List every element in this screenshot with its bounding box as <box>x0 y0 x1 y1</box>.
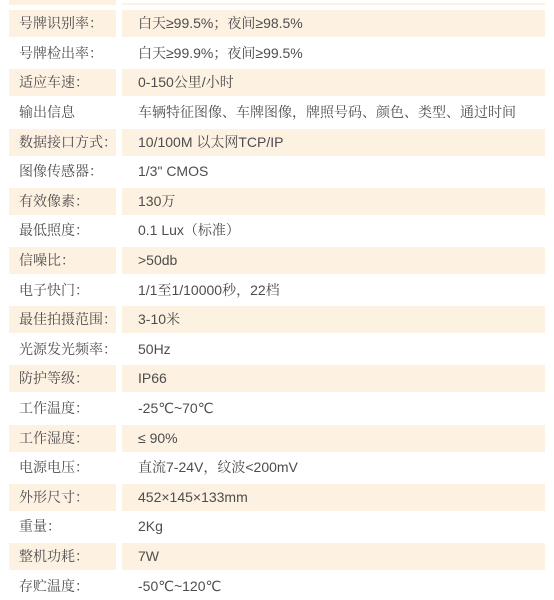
spec-value: 10/100M 以太网TCP/IP <box>122 129 545 156</box>
spec-value: ≤ 90% <box>122 425 545 452</box>
spec-label: 最佳拍摄范围： <box>9 306 116 333</box>
spec-value: >50db <box>122 247 545 274</box>
spec-value: 车辆特征图像、车牌图像，牌照号码、颜色、类型、通过时间 <box>122 99 545 126</box>
table-row: 工作温度： -25℃~70℃ <box>0 394 554 424</box>
table-row: 数据接口方式： 10/100M 以太网TCP/IP <box>0 127 554 157</box>
table-row: 重量： 2Kg <box>0 512 554 542</box>
spec-value: 1/1至1/10000秒，22档 <box>122 277 545 304</box>
spec-value: 3-10米 <box>122 306 545 333</box>
spec-label: 号牌识别率： <box>9 10 116 37</box>
spec-value: 452×145×133mm <box>122 484 545 511</box>
spec-label: 光源发光频率： <box>9 336 116 363</box>
spec-value: 白天≥99.9%；夜间≥99.5% <box>122 40 545 67</box>
spec-label: 图像传感器： <box>9 158 116 185</box>
spec-value: -25℃~70℃ <box>122 395 545 422</box>
spec-label: 存贮温度： <box>9 573 116 600</box>
table-row: 工作湿度： ≤ 90% <box>0 423 554 453</box>
spec-value: 直流7-24V，纹波<200mV <box>122 454 545 481</box>
spec-label: 整机功耗： <box>9 543 116 570</box>
table-row: 号牌检出率： 白天≥99.9%；夜间≥99.5% <box>0 39 554 69</box>
partial-label-strip <box>9 0 116 5</box>
table-row: 存贮温度： -50℃~120℃ <box>0 571 554 600</box>
spec-label: 数据接口方式： <box>9 129 116 156</box>
table-row: 电源电压： 直流7-24V，纹波<200mV <box>0 453 554 483</box>
spec-label: 重量： <box>9 513 116 540</box>
spec-label: 信噪比： <box>9 247 116 274</box>
table-row: 号牌识别率： 白天≥99.5%；夜间≥98.5% <box>0 9 554 39</box>
spec-label: 有效像素： <box>9 188 116 215</box>
spec-label: 输出信息 <box>9 99 116 126</box>
spec-label: 电子快门： <box>9 277 116 304</box>
table-row: 外形尺寸： 452×145×133mm <box>0 483 554 513</box>
table-row: 电子快门： 1/1至1/10000秒，22档 <box>0 275 554 305</box>
spec-value: 2Kg <box>122 513 545 540</box>
spec-value: 130万 <box>122 188 545 215</box>
spec-value: 0-150公里/小时 <box>122 69 545 96</box>
table-row: 输出信息 车辆特征图像、车牌图像，牌照号码、颜色、类型、通过时间 <box>0 98 554 128</box>
spec-value: 50Hz <box>122 336 545 363</box>
spec-value: 白天≥99.5%；夜间≥98.5% <box>122 10 545 37</box>
spec-label: 外形尺寸： <box>9 484 116 511</box>
spec-label: 工作温度： <box>9 395 116 422</box>
spec-value: 0.1 Lux（标准） <box>122 217 545 244</box>
table-row: 最佳拍摄范围： 3-10米 <box>0 305 554 335</box>
spec-rows: 号牌识别率： 白天≥99.5%；夜间≥98.5% 号牌检出率： 白天≥99.9%… <box>0 9 554 600</box>
spec-label: 最低照度： <box>9 217 116 244</box>
table-row: 有效像素： 130万 <box>0 187 554 217</box>
spec-value: -50℃~120℃ <box>122 573 545 600</box>
spec-value: 1/3" CMOS <box>122 158 545 185</box>
table-row: 整机功耗： 7W <box>0 542 554 572</box>
spec-label: 工作湿度： <box>9 425 116 452</box>
table-row: 光源发光频率： 50Hz <box>0 335 554 365</box>
spec-value: 7W <box>122 543 545 570</box>
spec-label: 电源电压： <box>9 454 116 481</box>
spec-table: 号牌识别率： 白天≥99.5%；夜间≥98.5% 号牌检出率： 白天≥99.9%… <box>0 0 554 600</box>
spec-value: IP66 <box>122 365 545 392</box>
table-row: 最低照度： 0.1 Lux（标准） <box>0 216 554 246</box>
partial-row-top <box>0 0 554 5</box>
spec-label: 适应车速： <box>9 69 116 96</box>
table-row: 信噪比： >50db <box>0 246 554 276</box>
spec-label: 防护等级： <box>9 365 116 392</box>
spec-label: 号牌检出率： <box>9 40 116 67</box>
table-row: 防护等级： IP66 <box>0 364 554 394</box>
partial-value-strip <box>122 3 545 5</box>
table-row: 适应车速： 0-150公里/小时 <box>0 68 554 98</box>
table-row: 图像传感器： 1/3" CMOS <box>0 157 554 187</box>
